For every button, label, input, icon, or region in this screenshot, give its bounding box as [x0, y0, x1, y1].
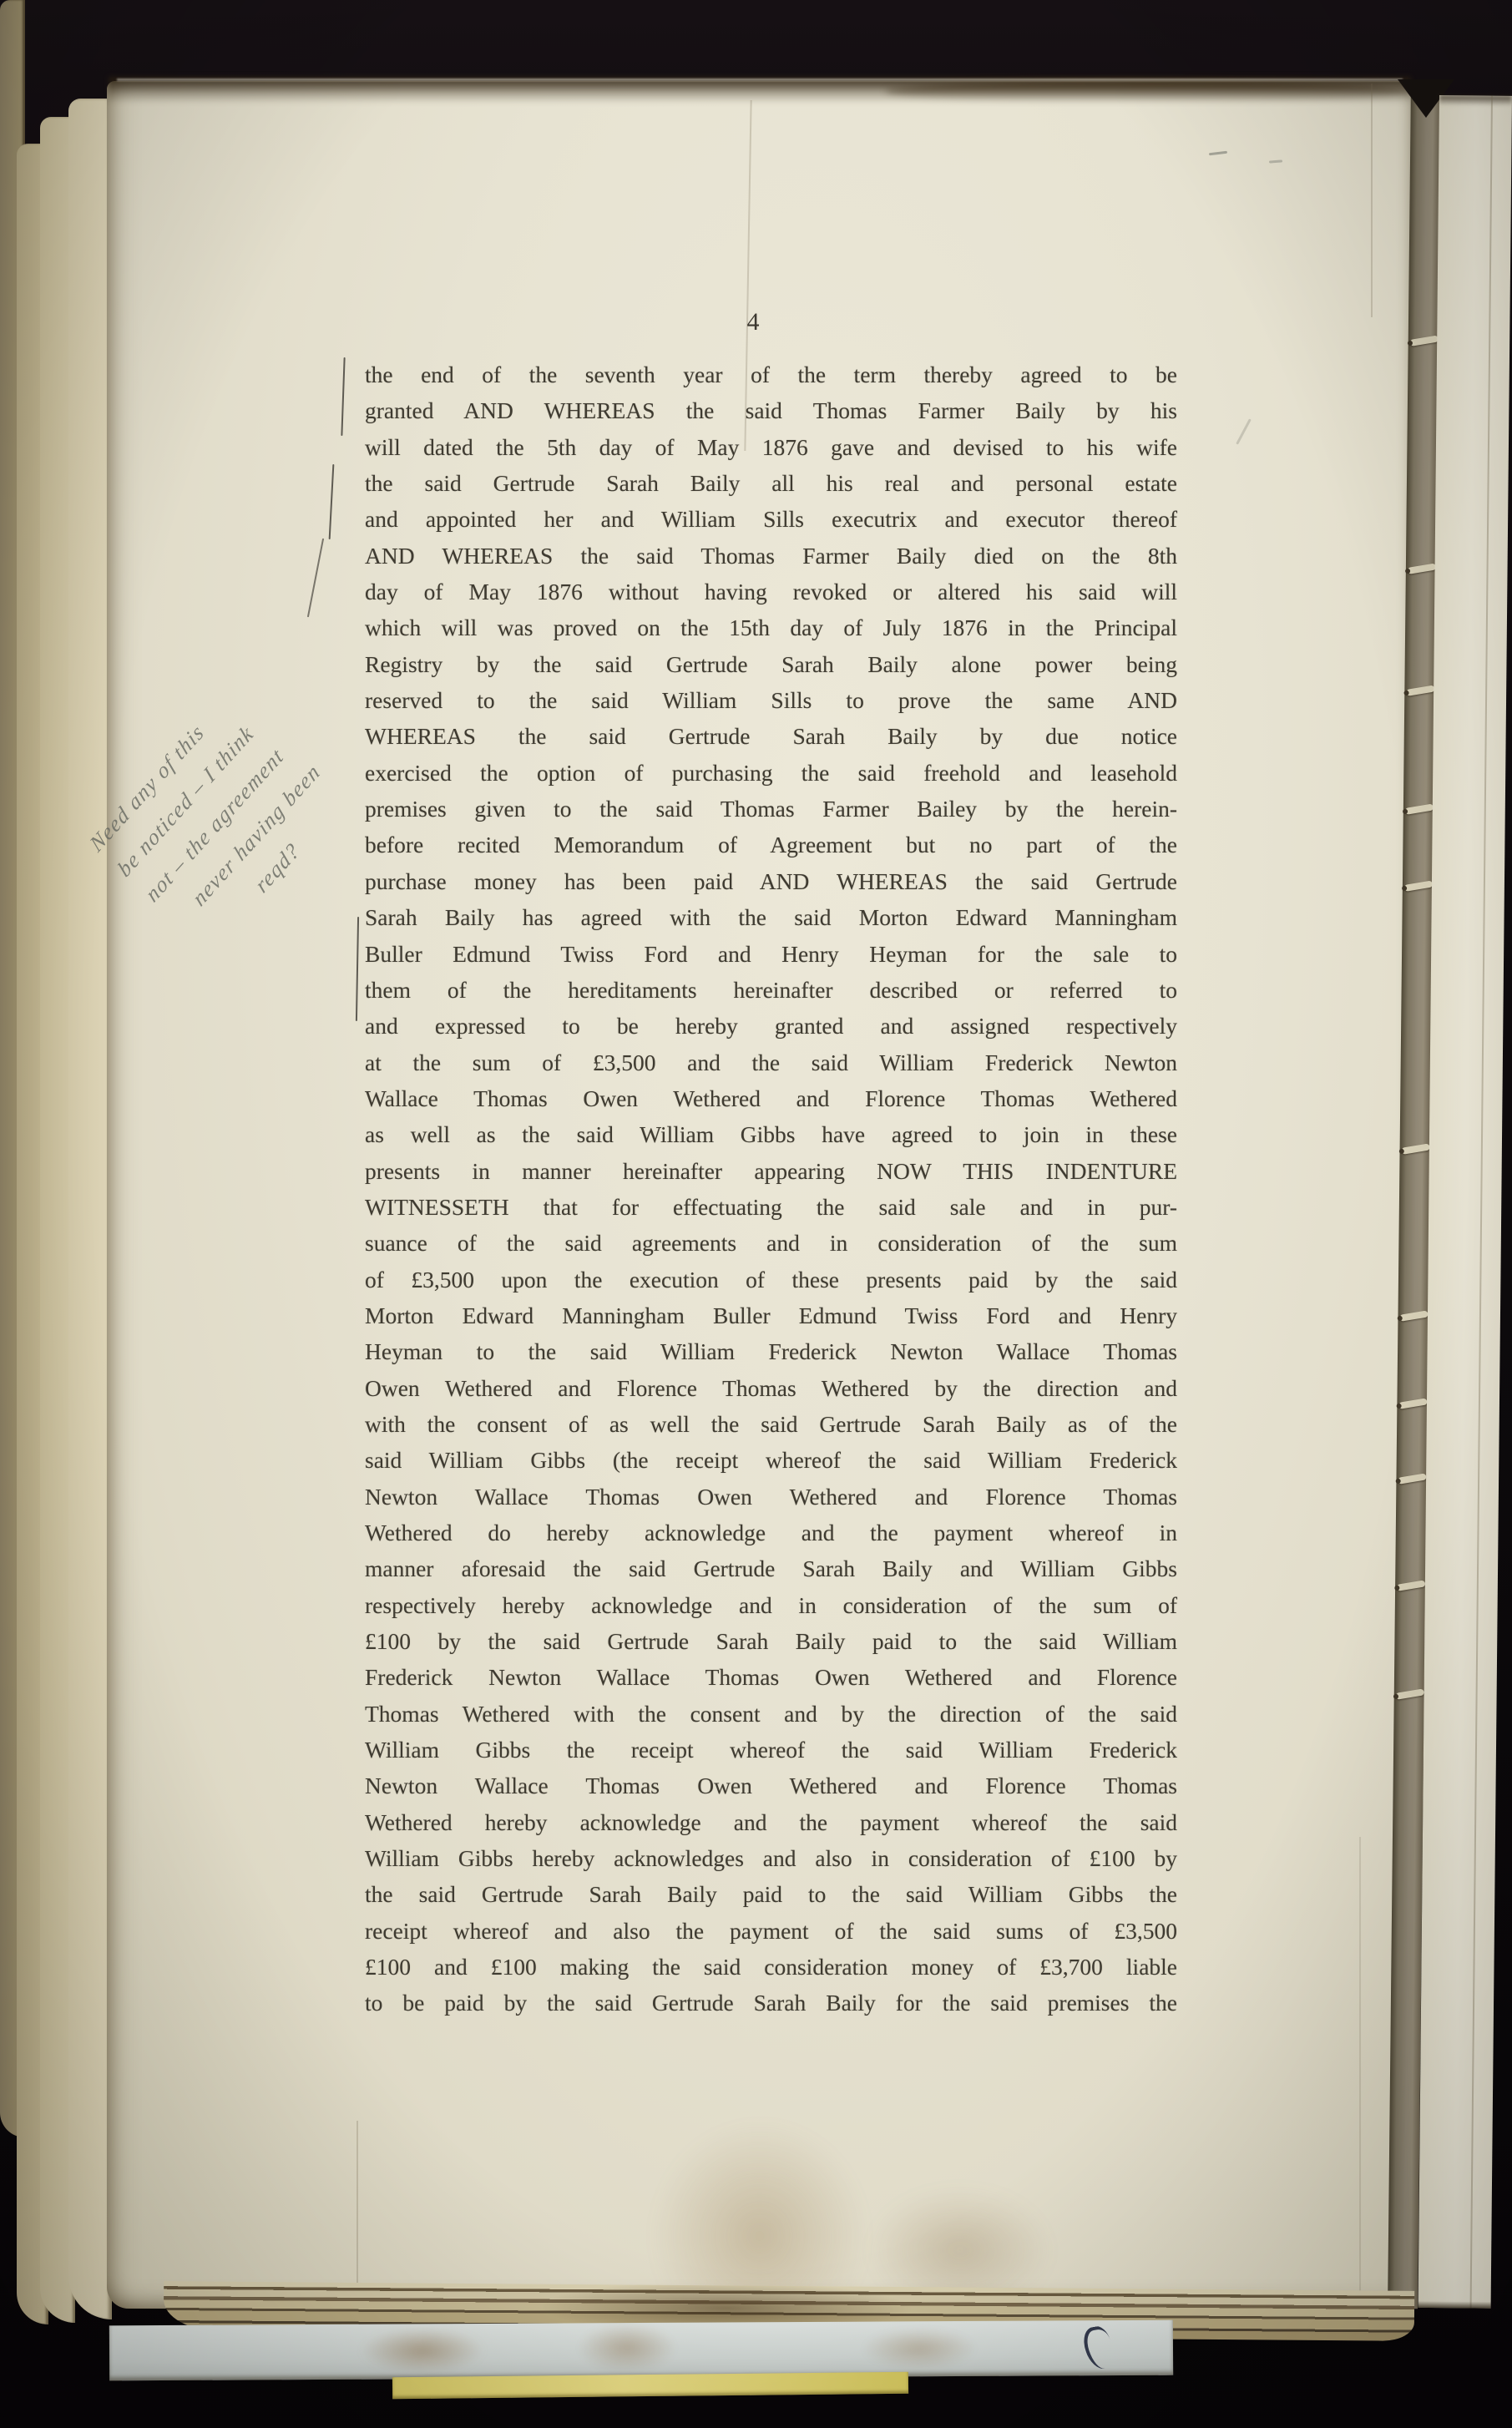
- document-line: Wallace Thomas Owen Wethered and Florenc…: [365, 1080, 1177, 1116]
- document-line: respectively hereby acknowledge and in c…: [365, 1587, 1177, 1623]
- page-stack-edge: [68, 99, 112, 2319]
- document-line: Owen Wethered and Florence Thomas Wether…: [365, 1370, 1177, 1406]
- document-line: the said Gertrude Sarah Baily all his re…: [365, 465, 1177, 501]
- document-line: presents in manner hereinafter appearing…: [365, 1153, 1177, 1189]
- document-line: manner aforesaid the said Gertrude Sarah…: [365, 1550, 1177, 1586]
- document-line: Wethered hereby acknowledge and the paym…: [365, 1804, 1177, 1840]
- binding-stitch: [1404, 803, 1434, 814]
- book-scan: 4 the end of the seventh year of the ter…: [0, 0, 1512, 2428]
- document-line: and expressed to be hereby granted and a…: [365, 1008, 1177, 1044]
- binding-stitch: [1397, 1580, 1426, 1591]
- document-line: suance of the said agreements and in con…: [365, 1225, 1177, 1261]
- document-line: will dated the 5th day of May 1876 gave …: [365, 429, 1177, 465]
- binding-stitch: [1409, 335, 1439, 346]
- document-line: Thomas Wethered with the consent and by …: [365, 1696, 1177, 1732]
- document-line: Sarah Baily has agreed with the said Mor…: [365, 899, 1177, 935]
- paper-crease: [357, 2121, 358, 2309]
- page-top-smudge: [885, 80, 1411, 102]
- document-line: premises given to the said Thomas Farmer…: [365, 791, 1177, 827]
- document-line: William Gibbs hereby acknowledges and al…: [365, 1840, 1177, 1876]
- document-line: AND WHEREAS the said Thomas Farmer Baily…: [365, 538, 1177, 574]
- document-line: WITNESSETH that for effectuating the sai…: [365, 1189, 1177, 1225]
- document-line: the said Gertrude Sarah Baily paid to th…: [365, 1876, 1177, 1912]
- bottom-sheet-yellow: [392, 2372, 908, 2399]
- document-line: with the consent of as well the said Ger…: [365, 1406, 1177, 1442]
- binding-stitch: [1403, 880, 1433, 891]
- paper-crease: [1359, 1837, 1361, 2300]
- binding-stitch: [1401, 1143, 1430, 1154]
- document-line: Buller Edmund Twiss Ford and Henry Heyma…: [365, 936, 1177, 972]
- paper-stain: [577, 2323, 677, 2374]
- paper-stain: [360, 2327, 485, 2375]
- document-line: the end of the seventh year of the term …: [365, 357, 1177, 392]
- page-fold-line: [1470, 96, 1493, 2309]
- document-line: and appointed her and William Sills exec…: [365, 501, 1177, 537]
- document-line: to be paid by the said Gertrude Sarah Ba…: [365, 1985, 1177, 2021]
- document-line: William Gibbs the receipt whereof the sa…: [365, 1732, 1177, 1768]
- document-line: WHEREAS the said Gertrude Sarah Baily by…: [365, 718, 1177, 754]
- page-top-edge-highlight: [117, 78, 1403, 81]
- document-line: before recited Memorandum of Agreement b…: [365, 827, 1177, 862]
- binding-stitch: [1398, 1473, 1427, 1484]
- document-line: Morton Edward Manningham Buller Edmund T…: [365, 1297, 1177, 1333]
- document-page: 4 the end of the seventh year of the ter…: [107, 81, 1413, 2309]
- document-line: as well as the said William Gibbs have a…: [365, 1116, 1177, 1152]
- document-line: Frederick Newton Wallace Thomas Owen Wet…: [365, 1659, 1177, 1695]
- paper-stain: [861, 2328, 978, 2370]
- document-line: reserved to the said William Sills to pr…: [365, 682, 1177, 718]
- document-line: Newton Wallace Thomas Owen Wethered and …: [365, 1479, 1177, 1515]
- binding-stitch: [1398, 1398, 1428, 1409]
- paper-crease: [1371, 83, 1373, 317]
- document-line: at the sum of £3,500 and the said Willia…: [365, 1045, 1177, 1080]
- document-line: purchase money has been paid AND WHEREAS…: [365, 863, 1177, 899]
- document-line: receipt whereof and also the payment of …: [365, 1913, 1177, 1949]
- document-line: of £3,500 upon the execution of these pr…: [365, 1262, 1177, 1297]
- binding-stitch: [1407, 563, 1436, 574]
- document-line: Wethered do hereby acknowledge and the p…: [365, 1515, 1177, 1550]
- document-line: granted AND WHEREAS the said Thomas Farm…: [365, 392, 1177, 428]
- bottom-sheet-white: [109, 2320, 1173, 2381]
- document-line: £100 and £100 making the said considerat…: [365, 1949, 1177, 1985]
- binding-stitch: [1395, 1688, 1424, 1699]
- binding-stitch: [1406, 685, 1435, 696]
- document-line: Newton Wallace Thomas Owen Wethered and …: [365, 1768, 1177, 1803]
- page-number: 4: [728, 308, 778, 336]
- binding-stitch: [1399, 1310, 1429, 1321]
- document-line: £100 by the said Gertrude Sarah Baily pa…: [365, 1623, 1177, 1659]
- document-line: Heyman to the said William Frederick New…: [365, 1333, 1177, 1369]
- document-line: them of the hereditaments hereinafter de…: [365, 972, 1177, 1008]
- document-line: exercised the option of purchasing the s…: [365, 755, 1177, 791]
- document-line: said William Gibbs (the receipt whereof …: [365, 1442, 1177, 1478]
